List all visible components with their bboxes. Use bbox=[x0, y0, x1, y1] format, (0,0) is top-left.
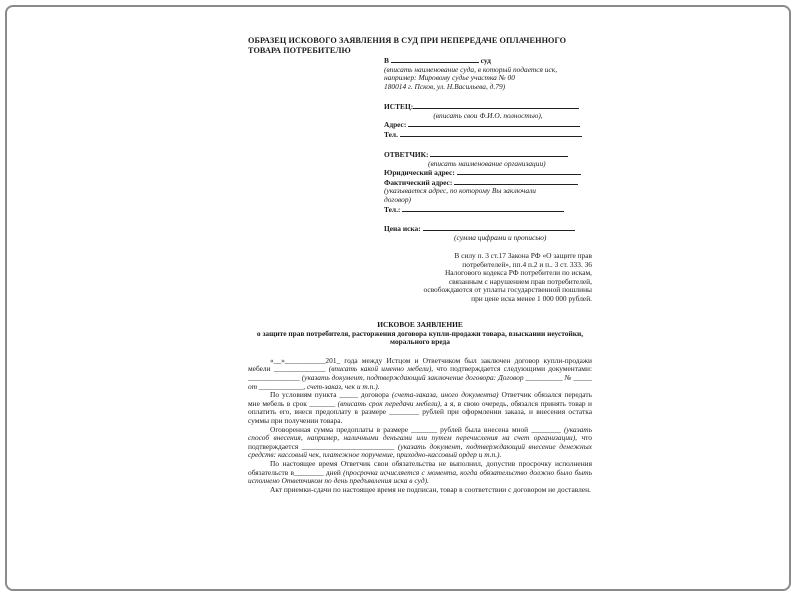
defendant-label: ОТВЕТЧИК: bbox=[384, 150, 428, 159]
paragraph-5: Акт приемки-сдачи по настоящее время не … bbox=[248, 486, 592, 495]
paragraph-2: По условиям пункта _____ договора (счета… bbox=[248, 391, 592, 425]
paragraph-1: «__»___________201_ года между Истцом и … bbox=[248, 357, 592, 391]
plaintiff-phone-label: Тел. bbox=[384, 130, 398, 139]
claim-price-field[interactable] bbox=[423, 224, 575, 231]
document-page: ОБРАЗЕЦ ИСКОВОГО ЗАЯВЛЕНИЯ В СУД ПРИ НЕП… bbox=[248, 36, 592, 55]
plaintiff-label: ИСТЕЦ: bbox=[384, 102, 413, 111]
claim-price-hint: (сумма цифрами и прописью) bbox=[384, 234, 592, 243]
claim-price-block: Цена иска: (сумма цифрами и прописью) bbox=[384, 224, 592, 242]
court-hint-3: 180014 г. Псков, ул. Н.Васильева, д.79) bbox=[384, 83, 592, 92]
defendant-name-field[interactable] bbox=[430, 150, 568, 157]
defendant-address-hint-1: (указывается адрес, по которому Вы заклю… bbox=[384, 187, 592, 196]
court-prefix: В bbox=[384, 56, 389, 65]
defendant-address-hint-2: договор) bbox=[384, 196, 592, 205]
legal-note-line: при цене иска менее 1 000 000 рублей. bbox=[360, 295, 592, 304]
defendant-phone-label: Тел.: bbox=[384, 205, 400, 214]
defendant-legal-address-label: Юридический адрес: bbox=[384, 168, 455, 177]
plaintiff-address-field[interactable] bbox=[408, 120, 580, 127]
legal-note: В силу п. 3 ст.17 Закона РФ «О защите пр… bbox=[360, 252, 592, 304]
defendant-actual-address-field[interactable] bbox=[454, 178, 578, 185]
court-suffix: суд bbox=[481, 56, 491, 65]
paragraph-1-hint-b: (указать документ, подтверждающий заключ… bbox=[248, 373, 592, 391]
defendant-hint: (вписать наименование организации) bbox=[384, 160, 592, 169]
paragraph-4: По настоящее время Ответчик свои обязате… bbox=[248, 460, 592, 486]
plaintiff-phone-field[interactable] bbox=[400, 130, 582, 137]
paragraph-3: Оговоренная сумма предоплаты в размере _… bbox=[248, 426, 592, 460]
defendant-legal-address-field[interactable] bbox=[457, 168, 581, 175]
document-title: ОБРАЗЕЦ ИСКОВОГО ЗАЯВЛЕНИЯ В СУД ПРИ НЕП… bbox=[248, 36, 592, 55]
claim-price-label: Цена иска: bbox=[384, 224, 421, 233]
plaintiff-hint: (вписать свои Ф.И.О. полностью), bbox=[384, 112, 592, 121]
plaintiff-address-label: Адрес: bbox=[384, 120, 406, 129]
defendant-phone-field[interactable] bbox=[402, 205, 564, 212]
defendant-block: ОТВЕТЧИК: (вписать наименование организа… bbox=[384, 150, 592, 214]
plaintiff-name-field[interactable] bbox=[413, 102, 579, 109]
claim-body: ИСКОВОЕ ЗАЯВЛЕНИЕ о защите прав потребит… bbox=[248, 321, 592, 494]
claim-subheading: о защите прав потребителя, расторжения д… bbox=[248, 330, 592, 347]
court-name-field[interactable] bbox=[391, 56, 479, 63]
plaintiff-block: ИСТЕЦ: (вписать свои Ф.И.О. полностью), … bbox=[384, 102, 592, 139]
court-block: В суд (вписать наименование суда, в кото… bbox=[384, 56, 592, 91]
